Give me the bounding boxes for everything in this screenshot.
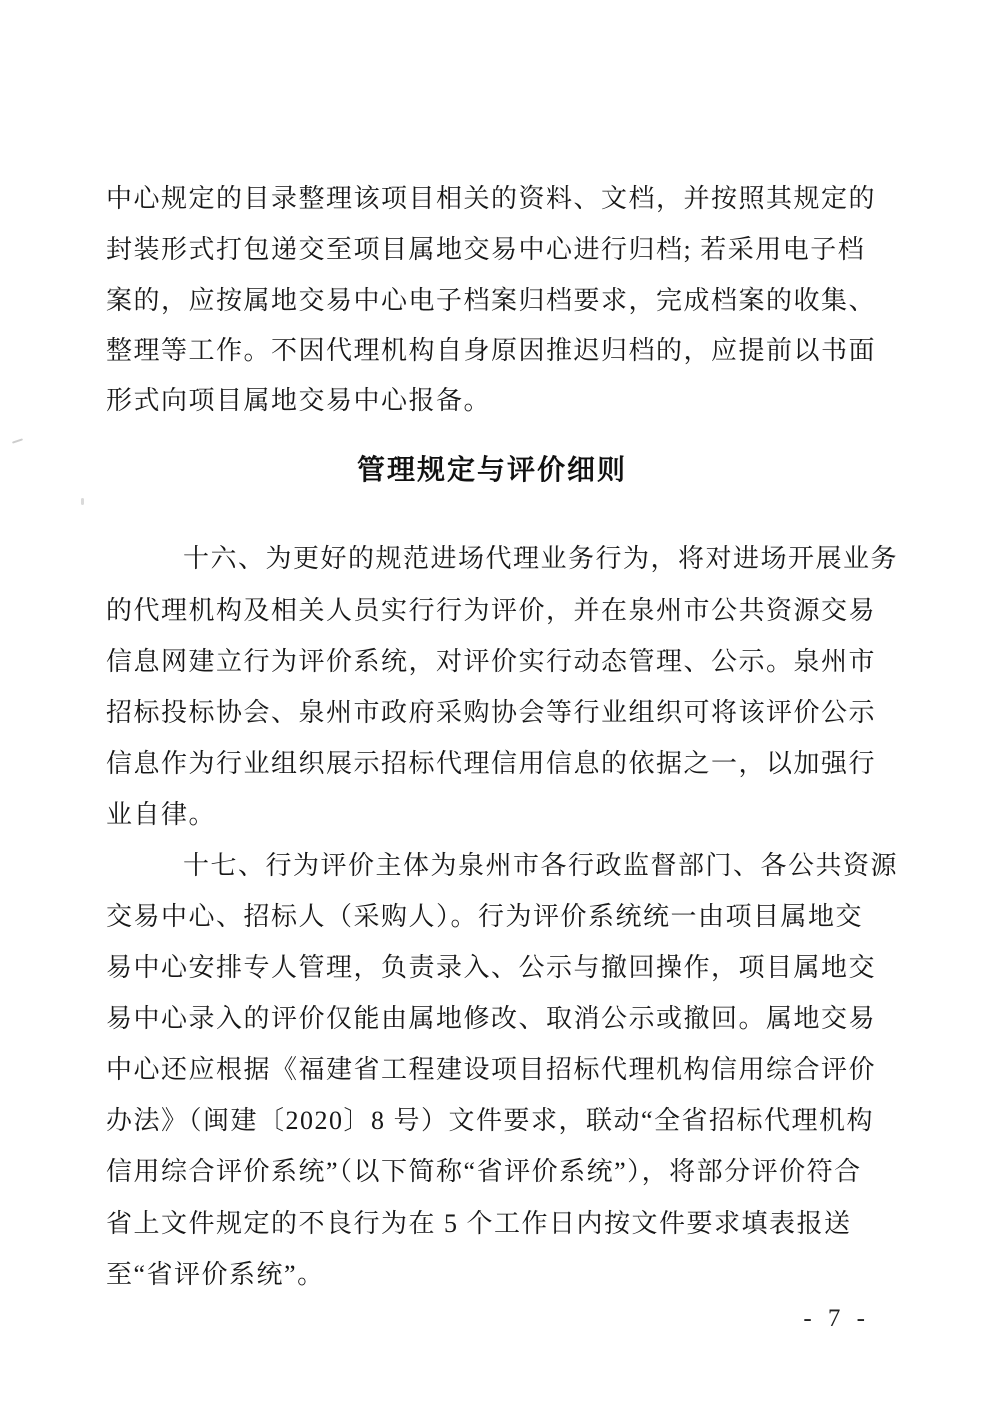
body-text-line: 交易中心、招标人（采购人）。行为评价系统统一由项目属地交 bbox=[106, 904, 896, 930]
body-text-line: 形式向项目属地交易中心报备。 bbox=[106, 388, 896, 414]
scan-artifact bbox=[81, 498, 84, 505]
body-text-line: 信息作为行业组织展示招标代理信用信息的依据之一，以加强行 bbox=[106, 751, 896, 777]
body-text-line: 封装形式打包递交至项目属地交易中心进行归档; 若采用电子档 bbox=[106, 237, 896, 263]
body-text-line: 的代理机构及相关人员实行行为评价，并在泉州市公共资源交易 bbox=[106, 598, 896, 624]
body-text-line: 至“省评价系统”。 bbox=[106, 1262, 896, 1288]
section-heading: 管理规定与评价细则 bbox=[106, 456, 878, 484]
body-text-line: 整理等工作。不因代理机构自身原因推迟归档的，应提前以书面 bbox=[106, 338, 896, 364]
body-text-line: 招标投标协会、泉州市政府采购协会等行业组织可将该评价公示 bbox=[106, 700, 896, 726]
document-page: 中心规定的目录整理该项目相关的资料、文档，并按照其规定的 封装形式打包递交至项目… bbox=[0, 0, 992, 1403]
body-text-line: 十六、为更好的规范进场代理业务行为，将对进场开展业务 bbox=[183, 546, 973, 572]
body-text-line: 信用综合评价系统”（以下简称“省评价系统”），将部分评价符合 bbox=[106, 1159, 896, 1185]
body-text-line: 十七、行为评价主体为泉州市各行政监督部门、各公共资源 bbox=[183, 853, 973, 879]
page-number: - 7 - bbox=[803, 1306, 870, 1331]
body-text-line: 中心规定的目录整理该项目相关的资料、文档，并按照其规定的 bbox=[106, 186, 896, 212]
body-text-line: 信息网建立行为评价系统，对评价实行动态管理、公示。泉州市 bbox=[106, 649, 896, 675]
body-text-line: 省上文件规定的不良行为在 5 个工作日内按文件要求填表报送 bbox=[106, 1211, 896, 1237]
body-text-line: 办法》（闽建〔2020〕8 号）文件要求，联动“全省招标代理机构 bbox=[106, 1108, 896, 1134]
body-text-line: 案的，应按属地交易中心电子档案归档要求，完成档案的收集、 bbox=[106, 288, 896, 314]
body-text-line: 易中心安排专人管理，负责录入、公示与撤回操作，项目属地交 bbox=[106, 955, 896, 981]
body-text-line: 业自律。 bbox=[106, 802, 896, 828]
scan-artifact bbox=[12, 438, 23, 443]
body-text-line: 中心还应根据《福建省工程建设项目招标代理机构信用综合评价 bbox=[106, 1057, 896, 1083]
body-text-line: 易中心录入的评价仅能由属地修改、取消公示或撤回。属地交易 bbox=[106, 1006, 896, 1032]
